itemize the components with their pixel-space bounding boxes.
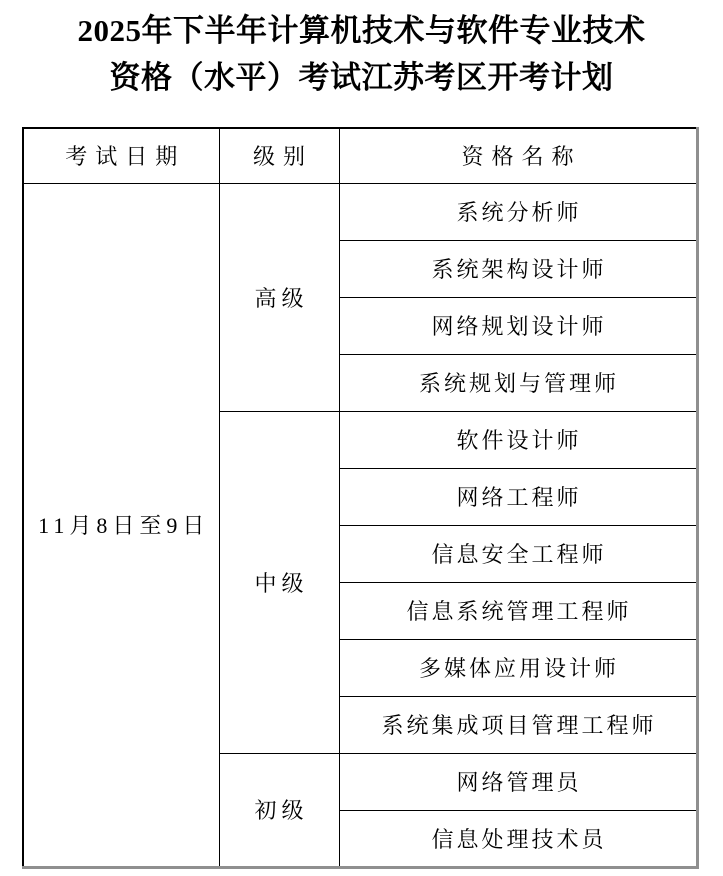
table-body: 11月8日至9日 高级 系统分析师 系统架构设计师 网络规划设计师 系统规划与管… xyxy=(23,183,697,867)
qualification-cell: 网络管理员 xyxy=(339,753,697,810)
level-cell-elementary: 初级 xyxy=(219,753,339,867)
table-row: 11月8日至9日 高级 系统分析师 xyxy=(23,183,697,240)
table-header: 考试日期 级别 资格名称 xyxy=(23,128,697,183)
page-title-line-2: 资格（水平）考试江苏考区开考计划 xyxy=(0,54,723,101)
col-header-exam-date: 考试日期 xyxy=(23,128,219,183)
qualification-cell: 信息安全工程师 xyxy=(339,525,697,582)
exam-schedule-table: 考试日期 级别 资格名称 11月8日至9日 高级 系统分析师 系统架构设计师 网… xyxy=(22,127,699,869)
header-row: 考试日期 级别 资格名称 xyxy=(23,128,697,183)
qualification-cell: 信息处理技术员 xyxy=(339,810,697,867)
col-header-qualification-name: 资格名称 xyxy=(339,128,697,183)
qualification-cell: 网络规划设计师 xyxy=(339,297,697,354)
qualification-cell: 软件设计师 xyxy=(339,411,697,468)
exam-date-cell: 11月8日至9日 xyxy=(23,183,219,867)
qualification-cell: 系统集成项目管理工程师 xyxy=(339,696,697,753)
qualification-cell: 信息系统管理工程师 xyxy=(339,582,697,639)
level-cell-advanced: 高级 xyxy=(219,183,339,411)
level-cell-intermediate: 中级 xyxy=(219,411,339,753)
qualification-cell: 系统分析师 xyxy=(339,183,697,240)
qualification-cell: 系统规划与管理师 xyxy=(339,354,697,411)
page-title-line-1: 2025年下半年计算机技术与软件专业技术 xyxy=(0,7,723,54)
qualification-cell: 网络工程师 xyxy=(339,468,697,525)
document-page: 2025年下半年计算机技术与软件专业技术 资格（水平）考试江苏考区开考计划 考试… xyxy=(0,0,723,876)
qualification-cell: 多媒体应用设计师 xyxy=(339,639,697,696)
qualification-cell: 系统架构设计师 xyxy=(339,240,697,297)
col-header-level: 级别 xyxy=(219,128,339,183)
page-title: 2025年下半年计算机技术与软件专业技术 资格（水平）考试江苏考区开考计划 xyxy=(0,7,723,101)
